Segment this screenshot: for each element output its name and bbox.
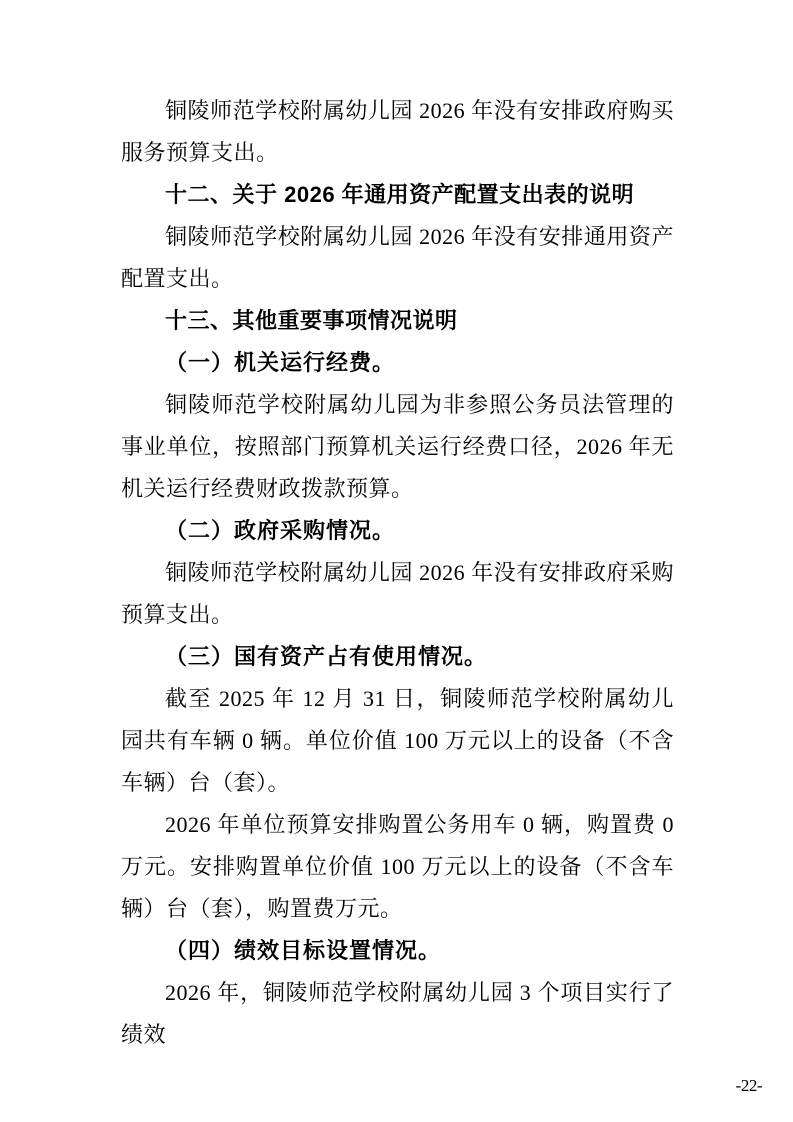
body-paragraph: 2026 年，铜陵师范学校附属幼儿园 3 个项目实行了绩效	[121, 972, 674, 1056]
page-number: -22-	[736, 1077, 762, 1094]
subsection-heading-4: （四）绩效目标设置情况。	[121, 930, 674, 972]
body-paragraph: 铜陵师范学校附属幼儿园为非参照公务员法管理的事业单位，按照部门预算机关运行经费口…	[121, 384, 674, 510]
subsection-heading-1: （一）机关运行经费。	[121, 342, 674, 384]
body-paragraph: 2026 年单位预算安排购置公务用车 0 辆，购置费 0 万元。安排购置单位价值…	[121, 804, 674, 930]
section-heading-13: 十三、其他重要事项情况说明	[121, 300, 674, 342]
body-paragraph: 铜陵师范学校附属幼儿园 2026 年没有安排政府采购预算支出。	[121, 552, 674, 636]
body-paragraph: 截至 2025 年 12 月 31 日，铜陵师范学校附属幼儿园共有车辆 0 辆。…	[121, 678, 674, 804]
document-body: 铜陵师范学校附属幼儿园 2026 年没有安排政府购买服务预算支出。十二、关于 2…	[121, 90, 674, 1056]
body-paragraph: 铜陵师范学校附属幼儿园 2026 年没有安排通用资产配置支出。	[121, 216, 674, 300]
subsection-heading-2: （二）政府采购情况。	[121, 510, 674, 552]
subsection-heading-3: （三）国有资产占有使用情况。	[121, 636, 674, 678]
section-heading-12: 十二、关于 2026 年通用资产配置支出表的说明	[121, 174, 674, 216]
body-paragraph: 铜陵师范学校附属幼儿园 2026 年没有安排政府购买服务预算支出。	[121, 90, 674, 174]
document-page: 铜陵师范学校附属幼儿园 2026 年没有安排政府购买服务预算支出。十二、关于 2…	[0, 0, 793, 1122]
